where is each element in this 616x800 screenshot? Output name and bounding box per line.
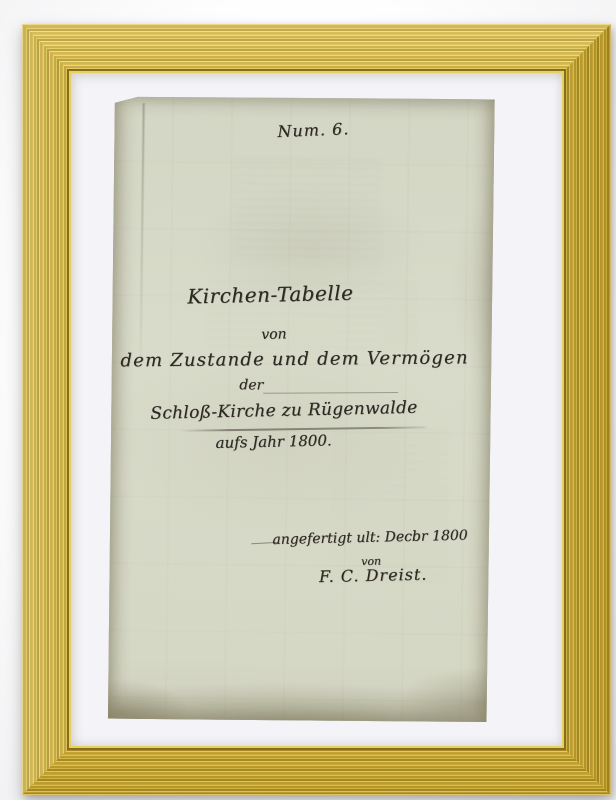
- signature: F. C. Dreist.: [318, 565, 427, 586]
- picture-frame: Num. 6. Kirchen-Tabelle von dem Zustande…: [22, 24, 611, 795]
- mat-board: Num. 6. Kirchen-Tabelle von dem Zustande…: [71, 73, 562, 746]
- document-paper: Num. 6. Kirchen-Tabelle von dem Zustande…: [107, 95, 495, 724]
- document-title: Kirchen-Tabelle: [112, 279, 428, 310]
- framed-document-photo: Num. 6. Kirchen-Tabelle von dem Zustande…: [0, 0, 616, 800]
- page-number: Num. 6.: [114, 113, 494, 147]
- subject-line: dem Zustande und dem Vermögen: [112, 347, 478, 371]
- church-name-line: Schloß-Kirche zu Rügenwalde: [111, 397, 457, 425]
- footer-date-line: angefertigt ult: Decbr 1800: [272, 528, 468, 548]
- connector-von: von: [112, 323, 436, 346]
- year-line: aufs Jahr 1800.: [110, 429, 436, 454]
- ink-bleed-through-upper: [231, 158, 382, 265]
